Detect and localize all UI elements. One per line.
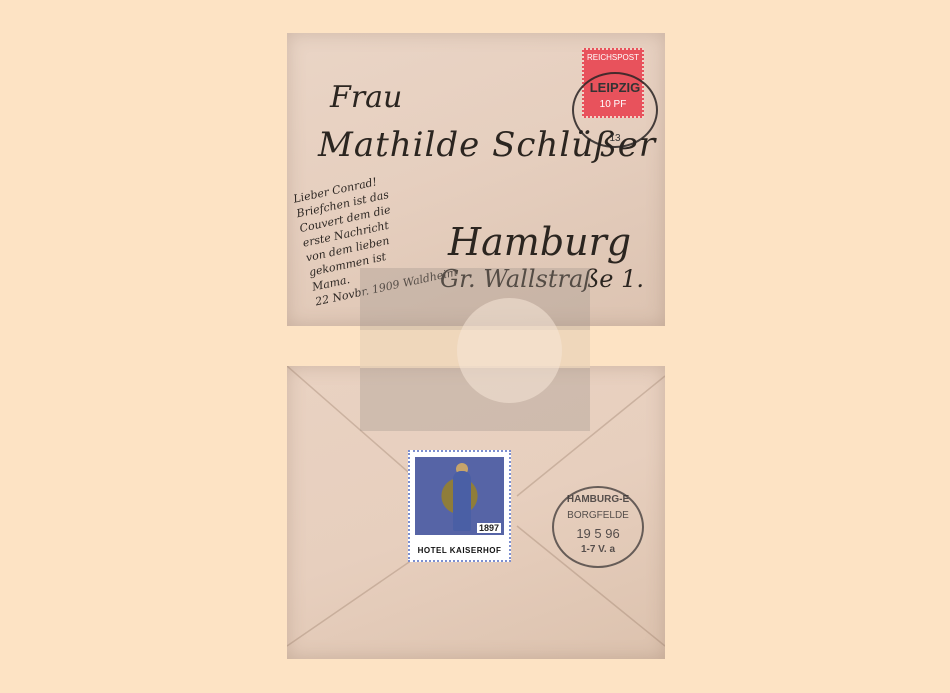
watermark-logo	[360, 268, 590, 431]
label-illustration: 1897	[415, 457, 504, 535]
hotel-label: 1897 HOTEL KAISERHOF	[408, 450, 511, 562]
salutation: Frau	[330, 80, 402, 115]
postmark-leipzig: LEIPZIG 13	[572, 72, 658, 148]
postmark-hamburg: HAMBURG-E BORGFELDE 19 5 96 1-7 V. a	[552, 486, 644, 568]
recipient-city: Hamburg	[448, 220, 631, 264]
